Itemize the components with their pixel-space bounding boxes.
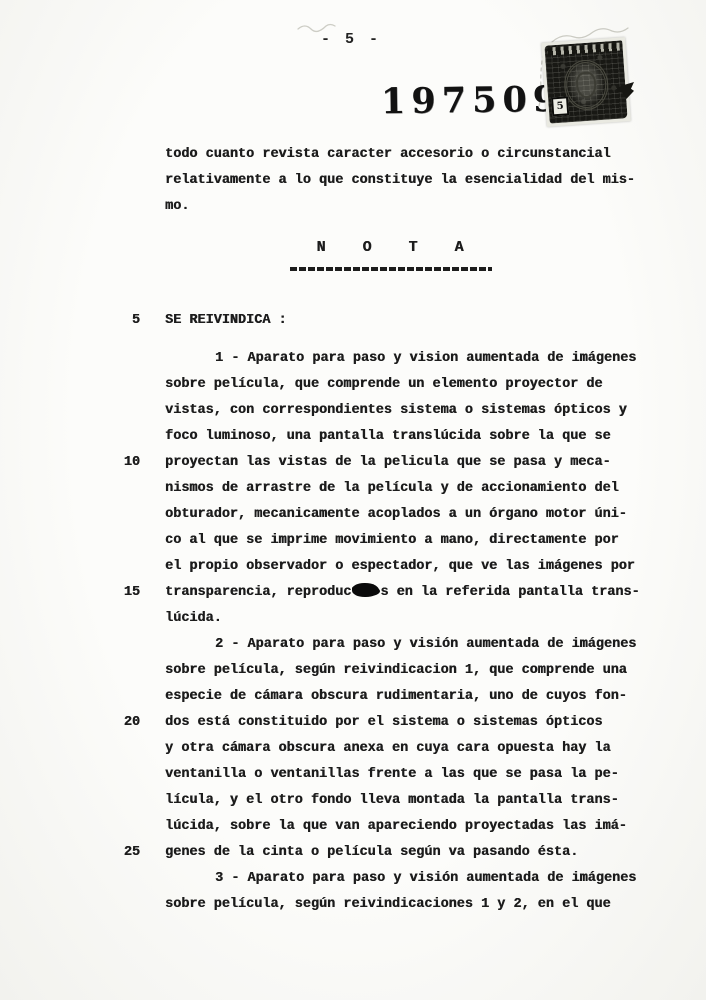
stamp-top-band xyxy=(548,43,620,56)
text-line: especie de cámara obscura rudimentaria, … xyxy=(0,684,706,710)
line-text: y otra cámara obscura anexa en cuya cara… xyxy=(165,741,611,756)
line-text: nismos de arrastre de la película y de a… xyxy=(165,481,619,496)
text-line: 15transparencia, reproducs en la referid… xyxy=(0,580,706,606)
text-line: lúcida, sobre la que van apareciendo pro… xyxy=(0,814,706,840)
text-line: lúcida. xyxy=(0,606,706,632)
text-line: sobre película, según reivindicaciones 1… xyxy=(0,892,706,918)
line-text: todo cuanto revista caracter accesorio o… xyxy=(165,147,611,162)
line-text: 3 - Aparato para paso y visión aumentada… xyxy=(215,871,636,886)
nota-underline xyxy=(290,267,491,271)
line-text: 1 - Aparato para paso y vision aumentada… xyxy=(215,351,636,366)
text-line: sobre película, que comprende un element… xyxy=(0,372,706,398)
line-text: obturador, mecanicamente acoplados a un … xyxy=(165,507,627,522)
line-text: lícula, y el otro fondo lleva montada la… xyxy=(165,793,619,808)
stamp-shield-icon xyxy=(575,71,597,98)
line-text: genes de la cinta o película según va pa… xyxy=(165,845,578,860)
margin-line-number: 10 xyxy=(100,450,140,476)
line-text: 2 - Aparato para paso y visión aumentada… xyxy=(215,637,636,652)
line-text: dos está constituido por el sistema o si… xyxy=(165,715,602,730)
text-line: y otra cámara obscura anexa en cuya cara… xyxy=(0,736,706,762)
line-text: ventanilla o ventanillas frente a las qu… xyxy=(165,767,619,782)
margin-line-number: 15 xyxy=(100,580,140,606)
text-line: 2 - Aparato para paso y visión aumentada… xyxy=(0,632,706,658)
margin-line-number: 5 xyxy=(100,308,140,334)
text-line: 20dos está constituido por el sistema o … xyxy=(0,710,706,736)
line-text: sobre película, que comprende un element… xyxy=(165,377,602,392)
line-text: sobre película, según reivindicaciones 1… xyxy=(165,897,611,912)
text-line: 25genes de la cinta o película según va … xyxy=(0,840,706,866)
text-line: 1 - Aparato para paso y vision aumentada… xyxy=(0,346,706,372)
text-line: nismos de arrastre de la película y de a… xyxy=(0,476,706,502)
serial-number-stamp: 197509 xyxy=(381,79,564,123)
text-line: vistas, con correspondientes sistema o s… xyxy=(0,398,706,424)
text-line: 5SE REIVINDICA : xyxy=(0,308,706,334)
stamp-body: 5 xyxy=(544,40,627,123)
line-text: proyectan las vistas de la pelicula que … xyxy=(165,455,611,470)
line-text: SE REIVINDICA : xyxy=(165,313,287,328)
line-text: relativamente a lo que constituye la ese… xyxy=(165,173,635,188)
text-column: todo cuanto revista caracter accesorio o… xyxy=(0,142,706,918)
text-line: todo cuanto revista caracter accesorio o… xyxy=(0,142,706,168)
line-text: sobre película, según reivindicacion 1, … xyxy=(165,663,627,678)
line-text: lúcida. xyxy=(165,611,222,626)
text-line: co al que se imprime movimiento a mano, … xyxy=(0,528,706,554)
line-text: especie de cámara obscura rudimentaria, … xyxy=(165,689,627,704)
text-line: 10proyectan las vistas de la pelicula qu… xyxy=(0,450,706,476)
line-text: el propio observador o espectador, que v… xyxy=(165,559,635,574)
line-text: lúcida, sobre la que van apareciendo pro… xyxy=(165,819,627,834)
text-line: mo. xyxy=(0,194,706,220)
ink-blot xyxy=(352,583,379,597)
text-line: el propio observador o espectador, que v… xyxy=(0,554,706,580)
stamp-coat-of-arms-icon xyxy=(563,59,610,112)
line-text: vistas, con correspondientes sistema o s… xyxy=(165,403,627,418)
text-line: obturador, mecanicamente acoplados a un … xyxy=(0,502,706,528)
text-line: 3 - Aparato para paso y visión aumentada… xyxy=(0,866,706,892)
text-line: relativamente a lo que constituye la ese… xyxy=(0,168,706,194)
margin-line-number: 20 xyxy=(100,710,140,736)
text-line: lícula, y el otro fondo lleva montada la… xyxy=(0,788,706,814)
line-text: foco luminoso, una pantalla translúcida … xyxy=(165,429,611,444)
fiscal-stamp: 5 xyxy=(541,37,631,127)
line-text: co al que se imprime movimiento a mano, … xyxy=(165,533,619,548)
line-text: transparencia, reproduc xyxy=(165,585,351,600)
line-text: s en la referida pantalla trans- xyxy=(380,585,639,600)
text-line: ventanilla o ventanillas frente a las qu… xyxy=(0,762,706,788)
margin-line-number: 25 xyxy=(100,840,140,866)
line-text: mo. xyxy=(165,199,189,214)
nota-title: N O T A xyxy=(316,239,477,256)
stamp-denomination: 5 xyxy=(551,96,569,116)
nota-heading: N O T A xyxy=(0,236,706,282)
text-line: sobre película, según reivindicacion 1, … xyxy=(0,658,706,684)
text-line: foco luminoso, una pantalla translúcida … xyxy=(0,424,706,450)
document-page: - 5 - 197509 5 todo cuanto revista carac… xyxy=(0,0,706,1000)
